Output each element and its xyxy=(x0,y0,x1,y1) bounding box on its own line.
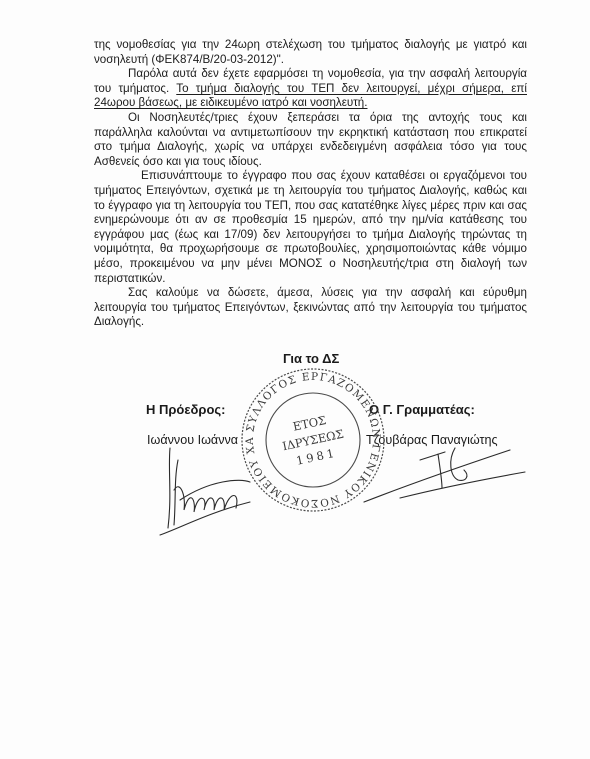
letter-body: της νομοθεσίας για την 24ωρη στελέχωση τ… xyxy=(94,38,527,330)
signature-block-heading: Για το ΔΣ xyxy=(283,351,339,366)
secretary-signature xyxy=(360,440,530,510)
paragraph-continuation: της νομοθεσίας για την 24ωρη στελέχωση τ… xyxy=(94,38,527,67)
scanned-document-page: της νομοθεσίας για την 24ωρη στελέχωση τ… xyxy=(0,0,590,759)
president-role-label: Η Πρόεδρος: xyxy=(146,402,226,417)
paragraph-attachment-deadline: Επισυνάπτουμε το έγγραφο που σας έχουν κ… xyxy=(94,169,527,286)
paragraph-text: Οι Νοσηλευτές/τριες έχουν ξεπεράσει τα ό… xyxy=(94,111,527,168)
paragraph-call-to-action: Σας καλούμε να δώσετε, άμεσα, λύσεις για… xyxy=(94,286,527,330)
paragraph-nurses-limits: Οι Νοσηλευτές/τριες έχουν ξεπεράσει τα ό… xyxy=(94,111,527,169)
paragraph-text: Σας καλούμε να δώσετε, άμεσα, λύσεις για… xyxy=(94,286,527,328)
paragraph-legislation-not-applied: Παρόλα αυτά δεν έχετε εφαρμόσει τη νομοθ… xyxy=(94,67,527,111)
paragraph-text: της νομοθεσίας για την 24ωρη στελέχωση τ… xyxy=(94,38,527,66)
president-signature xyxy=(150,440,260,540)
paragraph-text: Επισυνάπτουμε το έγγραφο που σας έχουν κ… xyxy=(94,169,527,284)
